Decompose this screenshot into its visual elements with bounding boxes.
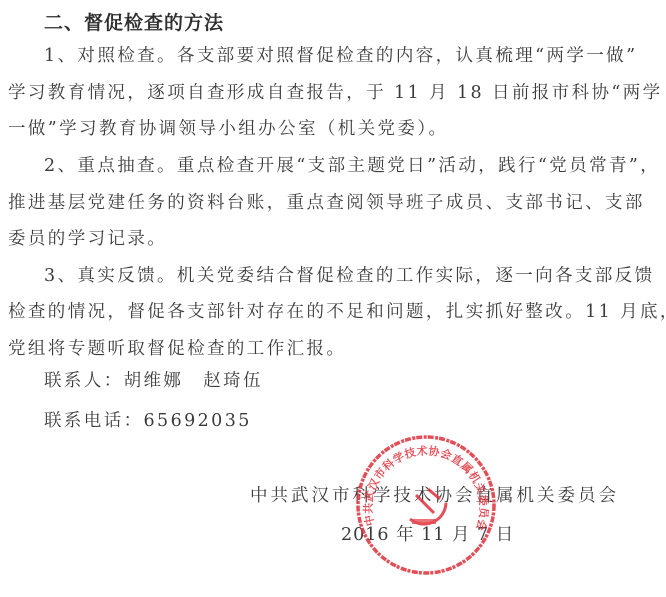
contact-phone-label: 联系电话： [44, 411, 144, 431]
paragraph-3-line-3: 党组将专题听取督促检查的工作汇报。 [8, 335, 346, 360]
paragraph-3-line-2: 检查的情况，督促各支部针对存在的不足和问题，扎实抓好整改。11 月底， [8, 298, 666, 323]
paragraph-1-line-3: 一做”学习教育协调领导小组办公室（机关党委）。 [8, 115, 448, 140]
contact-persons-label: 联系人： [44, 371, 124, 391]
signature-organization: 中共武汉市科学技术协会直属机关委员会 [250, 482, 619, 507]
document-page: 二、督促检查的方法 1、对照检查。各支部要对照督促检查的内容，认真梳理“两学一做… [0, 0, 666, 597]
paragraph-2-line-2: 推进基层党建任务的资料台账，重点查阅领导班子成员、支部书记、支部 [8, 189, 645, 214]
paragraph-1-line-1: 1、对照检查。各支部要对照督促检查的内容，认真梳理“两学一做” [44, 42, 637, 67]
paragraph-2-line-1: 2、重点抽查。重点检查开展“支部主题党日”活动，践行“党员常青”， [44, 152, 660, 177]
section-heading: 二、督促检查的方法 [44, 8, 224, 35]
contact-persons-names: 胡维娜 赵琦伍 [124, 371, 263, 391]
paragraph-1-line-2: 学习教育情况，逐项自查形成自查报告，于 11 月 18 日前报市科协“两学 [8, 79, 663, 104]
contact-phone: 联系电话：65692035 [44, 407, 252, 432]
paragraph-3-line-1: 3、真实反馈。机关党委结合督促检查的工作实际，逐一向各支部反馈 [44, 262, 655, 287]
contact-phone-number: 65692035 [144, 411, 252, 431]
signature-date: 2016 年 11 月 7 日 [341, 521, 514, 546]
contact-persons: 联系人：胡维娜 赵琦伍 [44, 367, 263, 392]
paragraph-2-line-3: 委员的学习记录。 [8, 225, 167, 250]
